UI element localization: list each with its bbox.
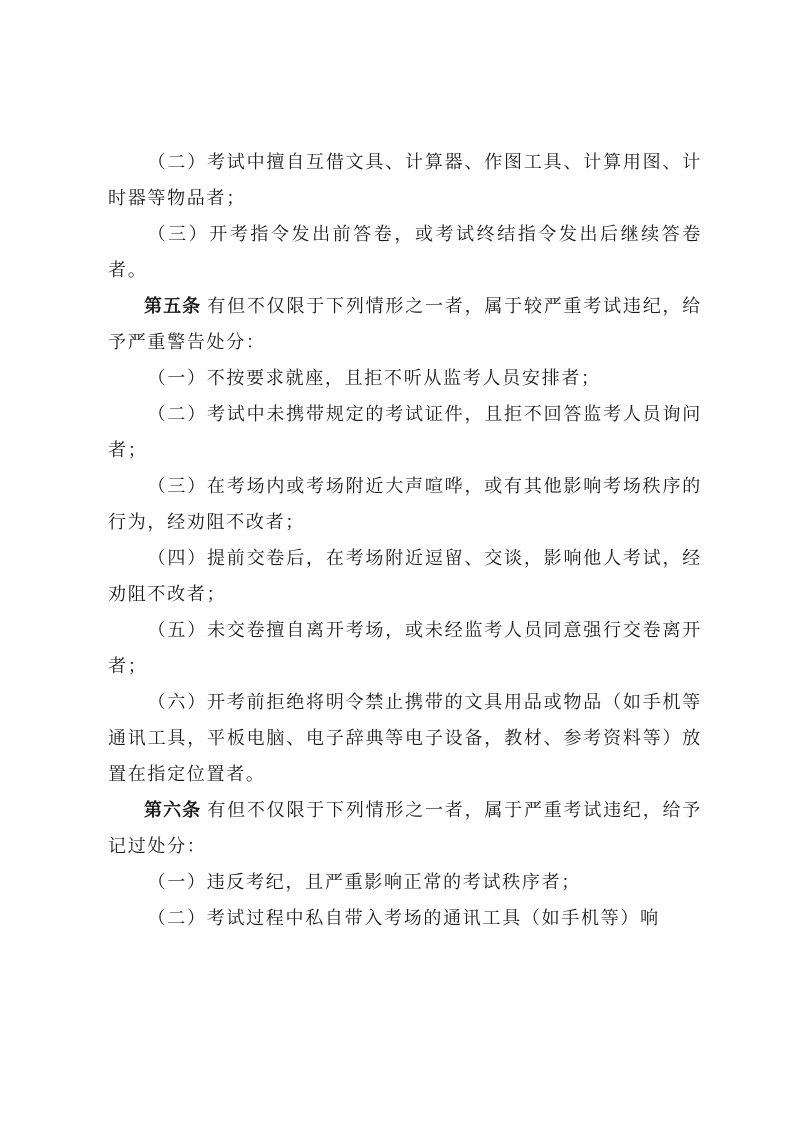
clause-item-2-borrowing: （二）考试中擅自互借文具、计算器、作图工具、计算用图、计时器等物品者； bbox=[108, 145, 702, 217]
article-6: 第六条有但不仅限于下列情形之一者，属于严重考试违纪，给予记过处分： bbox=[108, 793, 702, 865]
article-5-item-3: （三）在考场内或考场附近大声喧哗，或有其他影响考场秩序的行为，经劝阻不改者； bbox=[108, 469, 702, 541]
article-5-item-6: （六）开考前拒绝将明令禁止携带的文具用品或物品（如手机等通讯工具，平板电脑、电子… bbox=[108, 685, 702, 793]
article-6-item-2: （二）考试过程中私自带入考场的通讯工具（如手机等）响 bbox=[108, 901, 702, 937]
article-5-item-4: （四）提前交卷后，在考场附近逗留、交谈，影响他人考试，经劝阻不改者； bbox=[108, 541, 702, 613]
clause-item-3-timing: （三）开考指令发出前答卷，或考试终结指令发出后继续答卷者。 bbox=[108, 217, 702, 289]
article-5-item-2: （二）考试中未携带规定的考试证件，且拒不回答监考人员询问者； bbox=[108, 397, 702, 469]
article-6-item-1: （一）违反考纪，且严重影响正常的考试秩序者； bbox=[108, 865, 702, 901]
article-5-number: 第五条 bbox=[144, 296, 201, 317]
article-6-number: 第六条 bbox=[144, 800, 201, 821]
article-5-item-5: （五）未交卷擅自离开考场，或未经监考人员同意强行交卷离开者； bbox=[108, 613, 702, 685]
article-5: 第五条有但不仅限于下列情形之一者，属于较严重考试违纪，给予严重警告处分： bbox=[108, 289, 702, 361]
document-page: （二）考试中擅自互借文具、计算器、作图工具、计算用图、计时器等物品者； （三）开… bbox=[108, 145, 702, 937]
article-5-item-1: （一）不按要求就座，且拒不听从监考人员安排者； bbox=[108, 361, 702, 397]
